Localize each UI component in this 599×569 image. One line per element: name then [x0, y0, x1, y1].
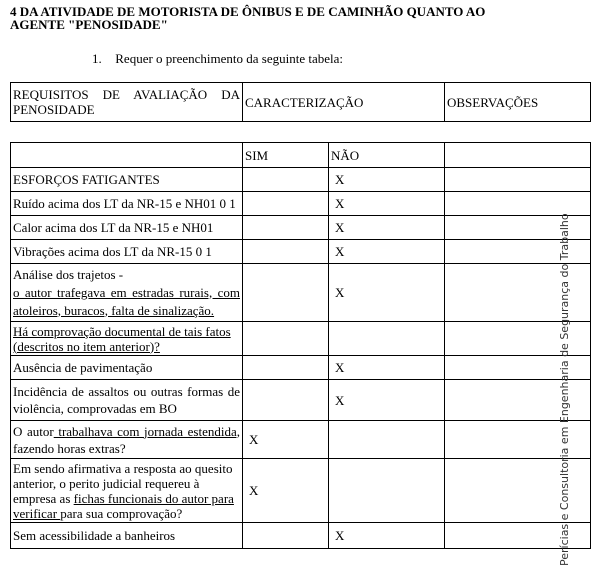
requirement-cell: Há comprovação documental de tais fatos …: [11, 322, 243, 356]
column-header-requirement: [11, 143, 243, 168]
evaluation-table: SIM NÃO ESFORÇOS FATIGANTES X Ruído acim…: [10, 142, 591, 549]
header-row: REQUISITOS DE AVALIAÇÃO DA PENOSIDADE CA…: [11, 83, 591, 122]
column-header-nao: NÃO: [329, 143, 445, 168]
intro-text: Requer o preenchimento da seguinte tabel…: [115, 51, 343, 66]
sim-cell[interactable]: [243, 216, 329, 240]
sim-cell[interactable]: [243, 192, 329, 216]
column-header-row: SIM NÃO: [11, 143, 591, 168]
list-number: 1.: [92, 51, 112, 66]
requirement-cell: Vibrações acima dos LT da NR-15 0 1: [11, 240, 243, 264]
sim-cell[interactable]: X: [243, 459, 329, 523]
nao-cell[interactable]: X: [329, 240, 445, 264]
table-row: Há comprovação documental de tais fatos …: [11, 322, 591, 356]
nao-cell[interactable]: X: [329, 356, 445, 380]
header-observations: OBSERVAÇÕES: [445, 83, 591, 122]
table-row: Análise dos trajetos - o autor trafegava…: [11, 264, 591, 322]
sim-cell[interactable]: [243, 240, 329, 264]
requirement-cell: Calor acima dos LT da NR-15 e NH01: [11, 216, 243, 240]
requirement-title: Análise dos trajetos -: [13, 266, 240, 284]
nao-cell[interactable]: X: [329, 380, 445, 421]
sim-cell[interactable]: [243, 264, 329, 322]
nao-cell[interactable]: X: [329, 192, 445, 216]
requirement-detail: o autor trafegava em estradas rurais, co…: [13, 284, 240, 320]
column-header-observations: [445, 143, 591, 168]
section-heading-line2: AGENTE "PENOSIDADE": [10, 18, 570, 31]
column-header-sim: SIM: [243, 143, 329, 168]
header-requirements: REQUISITOS DE AVALIAÇÃO DA PENOSIDADE: [11, 83, 243, 122]
nao-cell[interactable]: X: [329, 523, 445, 549]
requirement-cell: Ruído acima dos LT da NR-15 e NH01 0 1: [11, 192, 243, 216]
table-row: Incidência de assaltos ou outras formas …: [11, 380, 591, 421]
nao-cell[interactable]: [329, 421, 445, 459]
requirement-cell: Em sendo afirmativa a resposta ao quesit…: [11, 459, 243, 523]
requirement-cell: ESFORÇOS FATIGANTES: [11, 168, 243, 192]
requirement-cell: Ausência de pavimentação: [11, 356, 243, 380]
table-row: Em sendo afirmativa a resposta ao quesit…: [11, 459, 591, 523]
nao-cell[interactable]: X: [329, 168, 445, 192]
table-row: Sem acessibilidade a banheiros X: [11, 523, 591, 549]
nao-cell[interactable]: X: [329, 264, 445, 322]
observation-cell[interactable]: [445, 168, 591, 192]
requirement-underlined-text: trabalhava com jornada estendida,: [54, 424, 240, 439]
watermark-text: Perícias e Consultoria em Engenharia de …: [558, 256, 571, 566]
table-row: Calor acima dos LT da NR-15 e NH01 X: [11, 216, 591, 240]
sim-cell[interactable]: [243, 523, 329, 549]
nao-cell[interactable]: [329, 459, 445, 523]
requirement-text: para sua comprovação?: [60, 506, 182, 521]
sim-cell[interactable]: [243, 356, 329, 380]
requirement-cell: Sem acessibilidade a banheiros: [11, 523, 243, 549]
table-row: Ausência de pavimentação X: [11, 356, 591, 380]
requirement-cell: O autor trabalhava com jornada estendida…: [11, 421, 243, 459]
nao-cell[interactable]: [329, 322, 445, 356]
table-row: Vibrações acima dos LT da NR-15 0 1 X: [11, 240, 591, 264]
intro-list-item: 1. Requer o preenchimento da seguinte ta…: [92, 51, 343, 66]
sim-cell[interactable]: [243, 168, 329, 192]
section-heading: 4 DA ATIVIDADE DE MOTORISTA DE ÔNIBUS E …: [10, 5, 570, 31]
sim-cell[interactable]: X: [243, 421, 329, 459]
requirement-cell: Análise dos trajetos - o autor trafegava…: [11, 264, 243, 322]
table-row: Ruído acima dos LT da NR-15 e NH01 0 1 X: [11, 192, 591, 216]
observation-cell[interactable]: [445, 192, 591, 216]
sim-cell[interactable]: [243, 380, 329, 421]
nao-cell[interactable]: X: [329, 216, 445, 240]
requirement-text: fazendo horas extras?: [13, 441, 126, 456]
table-row: ESFORÇOS FATIGANTES X: [11, 168, 591, 192]
requirement-text: O autor: [13, 424, 54, 439]
sim-cell[interactable]: [243, 322, 329, 356]
table-row: O autor trabalhava com jornada estendida…: [11, 421, 591, 459]
header-table: REQUISITOS DE AVALIAÇÃO DA PENOSIDADE CA…: [10, 82, 591, 122]
requirement-cell: Incidência de assaltos ou outras formas …: [11, 380, 243, 421]
header-characterization: CARACTERIZAÇÃO: [243, 83, 445, 122]
